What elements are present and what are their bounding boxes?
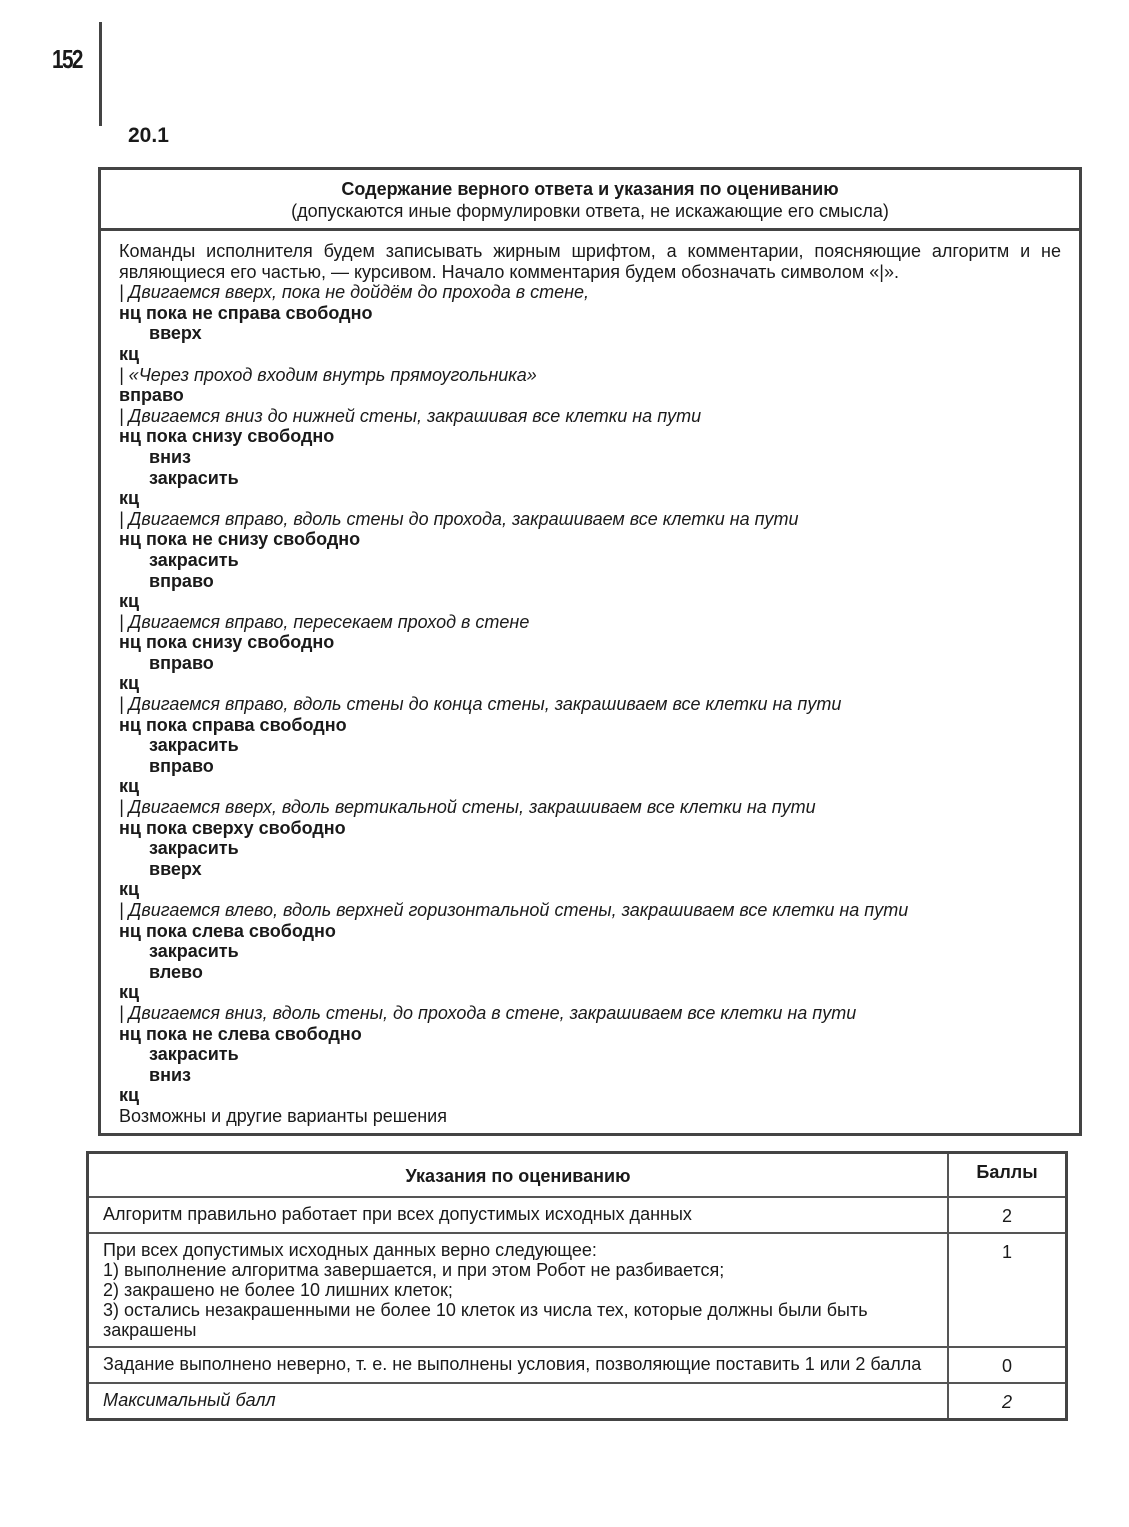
algorithm-command: вправо (119, 756, 1061, 777)
criteria-line: Задание выполнено неверно, т. е. не выпо… (103, 1354, 933, 1374)
algorithm-note: Возможны и другие варианты решения (119, 1106, 1061, 1127)
algorithm-comment: | Двигаемся влево, вдоль верхней горизон… (119, 900, 1061, 921)
criteria-line: 1) выполнение алгоритма завершается, и п… (103, 1260, 933, 1280)
algorithm-command: нц пока слева свободно (119, 921, 1061, 942)
answer-box: Содержание верного ответа и указания по … (98, 167, 1082, 1136)
algorithm-command: кц (119, 879, 1061, 900)
grading-header-row: Указания по оцениванию Баллы (88, 1153, 1067, 1198)
algorithm-comment: | «Через проход входим внутрь прямоуголь… (119, 365, 1061, 386)
grading-points: 1 (948, 1233, 1067, 1347)
algorithm-command: вправо (119, 653, 1061, 674)
grading-header-criteria: Указания по оцениванию (88, 1153, 949, 1198)
grading-points: 2 (948, 1197, 1067, 1233)
algorithm-command: закрасить (119, 735, 1061, 756)
algorithm-command: нц пока справа свободно (119, 715, 1061, 736)
grading-header-points: Баллы (948, 1153, 1067, 1198)
grading-criteria: Задание выполнено неверно, т. е. не выпо… (88, 1347, 949, 1383)
algorithm-command: кц (119, 591, 1061, 612)
algorithm-command: нц пока не справа свободно (119, 303, 1061, 324)
algorithm-comment: | Двигаемся вниз, вдоль стены, до проход… (119, 1003, 1061, 1024)
grading-table: Указания по оцениванию Баллы Алгоритм пр… (86, 1151, 1068, 1421)
algorithm-command: закрасить (119, 1044, 1061, 1065)
grading-points: 2 (948, 1383, 1067, 1420)
algorithm-command: вниз (119, 1065, 1061, 1086)
grading-row: Максимальный балл2 (88, 1383, 1067, 1420)
grading-row: Задание выполнено неверно, т. е. не выпо… (88, 1347, 1067, 1383)
algorithm-comment: | Двигаемся вправо, вдоль стены до конца… (119, 694, 1061, 715)
criteria-line: Алгоритм правильно работает при всех доп… (103, 1204, 933, 1224)
answer-content: Команды исполнителя будем записывать жир… (101, 231, 1079, 1133)
criteria-line: 2) закрашено не более 10 лишних клеток; (103, 1280, 933, 1300)
algorithm-command: кц (119, 488, 1061, 509)
algorithm-command: кц (119, 673, 1061, 694)
algorithm-comment: | Двигаемся вверх, вдоль вертикальной ст… (119, 797, 1061, 818)
algorithm-command: вверх (119, 323, 1061, 344)
answer-box-title: Содержание верного ответа и указания по … (111, 178, 1069, 200)
grading-row: При всех допустимых исходных данных верн… (88, 1233, 1067, 1347)
algorithm-comment: | Двигаемся вправо, вдоль стены до прохо… (119, 509, 1061, 530)
algorithm-command: влево (119, 962, 1061, 983)
algorithm-command: вправо (119, 571, 1061, 592)
algorithm-command: вниз (119, 447, 1061, 468)
task-number: 20.1 (128, 124, 169, 148)
algorithm-command: кц (119, 776, 1061, 797)
algorithm-command: нц пока не слева свободно (119, 1024, 1061, 1045)
algorithm-command: закрасить (119, 941, 1061, 962)
grading-criteria: Максимальный балл (88, 1383, 949, 1420)
criteria-line: 3) остались незакрашенными не более 10 к… (103, 1300, 933, 1340)
answer-box-subtitle: (допускаются иные формулировки ответа, н… (111, 200, 1069, 222)
algorithm-comment: | Двигаемся вверх, пока не дойдём до про… (119, 282, 1061, 303)
grading-criteria: Алгоритм правильно работает при всех доп… (88, 1197, 949, 1233)
grading-criteria: При всех допустимых исходных данных верн… (88, 1233, 949, 1347)
algorithm-command: закрасить (119, 838, 1061, 859)
algorithm-command: нц пока сверху свободно (119, 818, 1061, 839)
algorithm-comment: | Двигаемся вправо, пересекаем проход в … (119, 612, 1061, 633)
page-number: 152 (52, 44, 82, 75)
algorithm-command: кц (119, 1085, 1061, 1106)
algorithm-comment: | Двигаемся вниз до нижней стены, закраш… (119, 406, 1061, 427)
algorithm-command: закрасить (119, 468, 1061, 489)
answer-intro: Команды исполнителя будем записывать жир… (119, 241, 1061, 282)
criteria-line: Максимальный балл (103, 1390, 933, 1410)
margin-rule (99, 22, 102, 126)
algorithm-command: вверх (119, 859, 1061, 880)
algorithm-listing: | Двигаемся вверх, пока не дойдём до про… (119, 282, 1061, 1126)
algorithm-command: закрасить (119, 550, 1061, 571)
algorithm-command: вправо (119, 385, 1061, 406)
algorithm-command: нц пока снизу свободно (119, 426, 1061, 447)
algorithm-command: кц (119, 344, 1061, 365)
algorithm-command: нц пока не снизу свободно (119, 529, 1061, 550)
grading-points: 0 (948, 1347, 1067, 1383)
algorithm-command: кц (119, 982, 1061, 1003)
grading-row: Алгоритм правильно работает при всех доп… (88, 1197, 1067, 1233)
algorithm-command: нц пока снизу свободно (119, 632, 1061, 653)
answer-box-header: Содержание верного ответа и указания по … (101, 170, 1079, 231)
criteria-line: При всех допустимых исходных данных верн… (103, 1240, 933, 1260)
